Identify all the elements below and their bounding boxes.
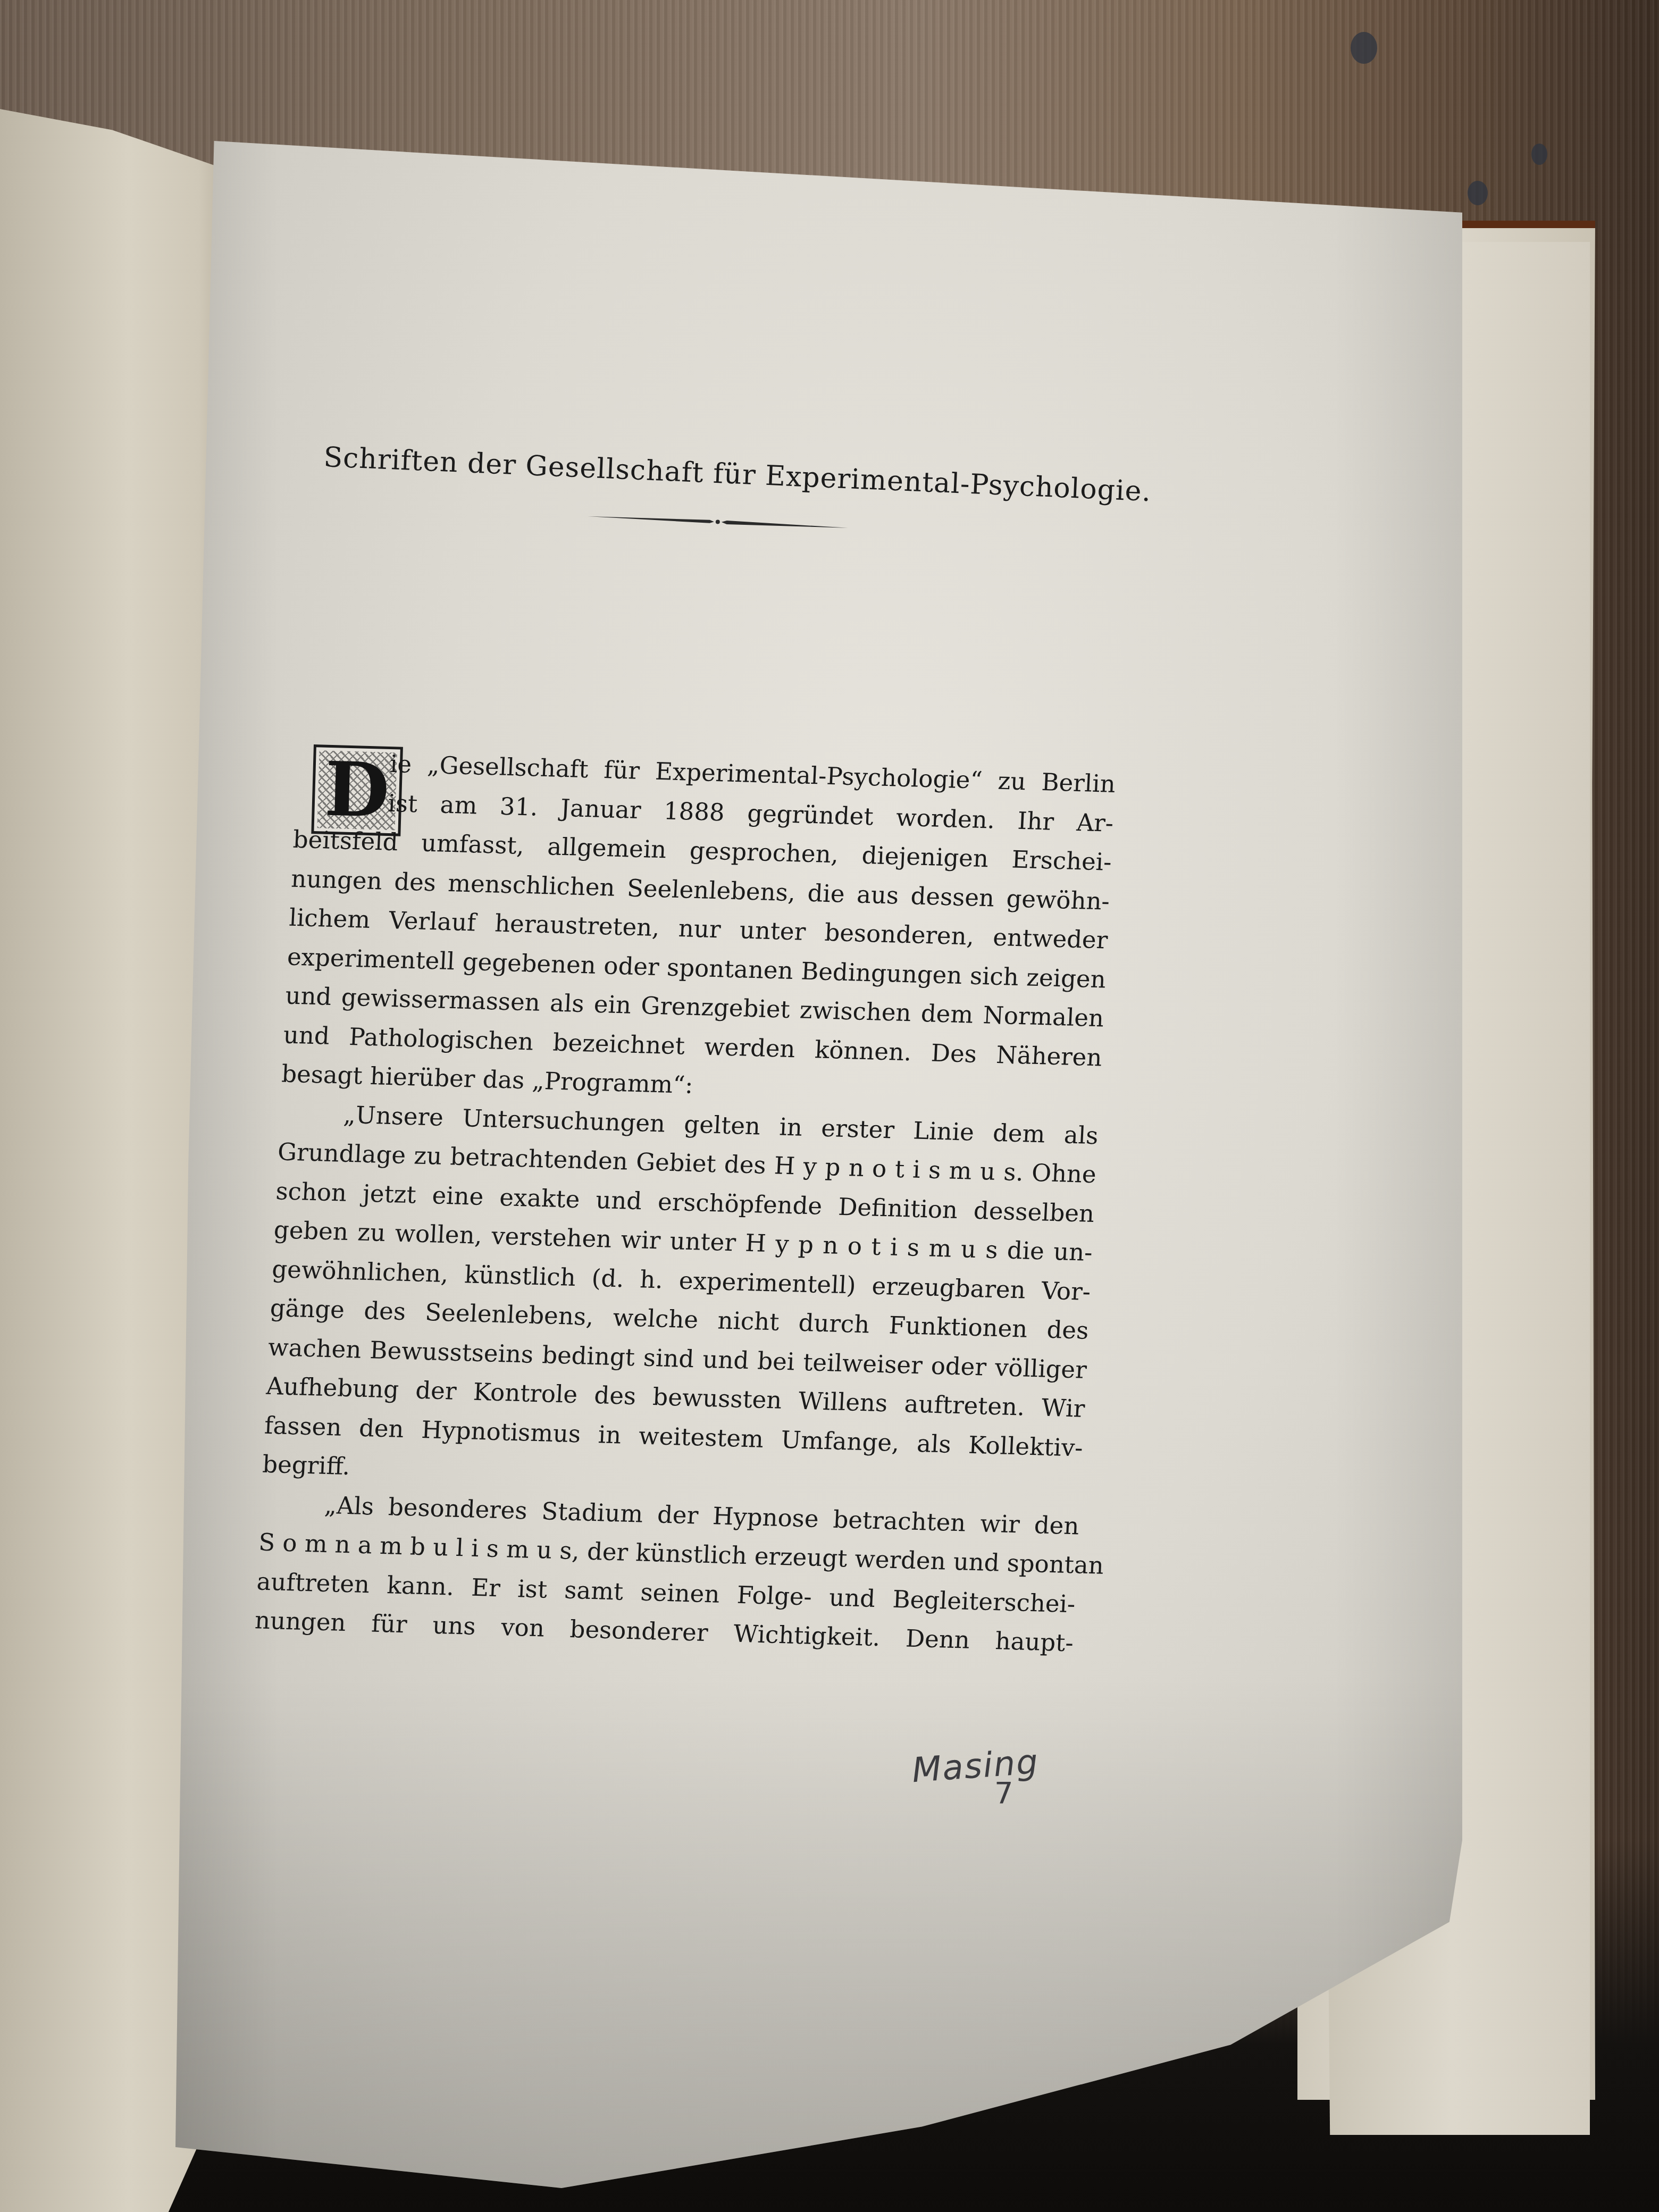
handwritten-number: 7 [994, 1776, 1013, 1811]
ink-stain [1531, 144, 1547, 165]
body-text: ie „Gesellschaft für Experimental-Psycho… [254, 742, 1116, 1663]
ink-stain [1351, 32, 1377, 64]
ink-stain [1468, 181, 1488, 205]
